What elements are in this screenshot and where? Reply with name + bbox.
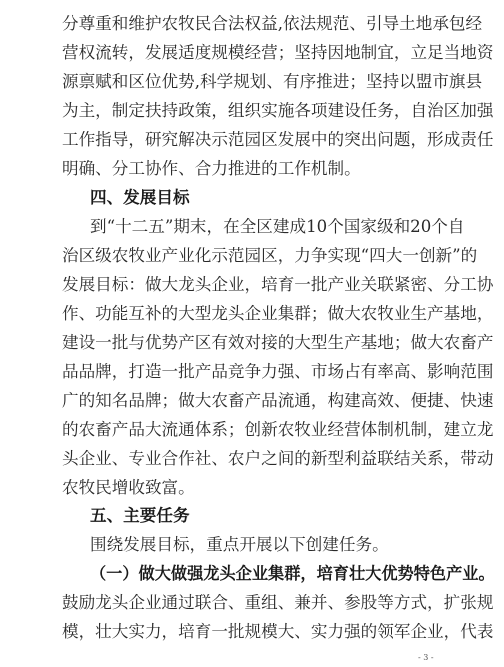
paragraph-line: 作、功能互补的大型龙头企业集群；做大农牧业生产基地，: [62, 304, 436, 324]
paragraph-line: 发展目标：做大龙头企业，培育一批产业关联紧密、分工协: [62, 275, 436, 295]
section-heading-development-goals: 四、发展目标: [90, 188, 190, 208]
paragraph-line: 围绕发展目标，重点开展以下创建任务。: [90, 535, 436, 555]
page-number: - 3 -: [418, 653, 434, 662]
paragraph-line: 广的知名品牌；做大农畜产品流通，构建高效、便捷、快速: [62, 391, 436, 411]
paragraph-line: 为主，制定扶持政策，组织实施各项建设任务，自治区加强: [62, 101, 436, 121]
paragraph-line: 鼓励龙头企业通过联合、重组、兼并、参股等方式，扩张规: [62, 593, 436, 613]
document-page: 分尊重和维护农牧民合法权益,依法规范、引导土地承包经 营权流转，发展适度规模经营…: [0, 0, 504, 667]
paragraph-line: 的农畜产品大流通体系；创新农牧业经营体制机制，建立龙: [62, 420, 436, 440]
paragraph-line: 到“十二五”期末，在全区建成10个国家级和20个自: [90, 217, 436, 237]
paragraph-line: 营权流转，发展适度规模经营；坚持因地制宜，立足当地资: [62, 43, 436, 63]
paragraph-line: 治区级农牧业产业化示范园区，力争实现“四大一创新”的: [62, 246, 436, 266]
paragraph-line: 工作指导，研究解决示范园区发展中的突出问题，形成责任: [62, 130, 436, 150]
section-heading-main-tasks: 五、主要任务: [90, 506, 190, 526]
paragraph-line: 源禀赋和区位优势,科学规划、有序推进；坚持以盟市旗县: [62, 72, 436, 92]
paragraph-line: 分尊重和维护农牧民合法权益,依法规范、引导土地承包经: [62, 14, 436, 34]
subsection-heading: （一）做大做强龙头企业集群，培育壮大优势特色产业。: [90, 564, 436, 584]
paragraph-line: 头企业、专业合作社、农户之间的新型利益联结关系，带动: [62, 449, 436, 469]
paragraph-line: 建设一批与优势产区有效对接的大型生产基地；做大农畜产: [62, 333, 436, 353]
paragraph-line: 品品牌，打造一批产品竞争力强、市场占有率高、影响范围: [62, 362, 436, 382]
paragraph-line: 模，壮大实力，培育一批规模大、实力强的领军企业，代表: [62, 622, 436, 642]
paragraph-line: 农牧民增收致富。: [62, 478, 436, 498]
paragraph-line: 明确、分工协作、合力推进的工作机制。: [62, 159, 436, 179]
